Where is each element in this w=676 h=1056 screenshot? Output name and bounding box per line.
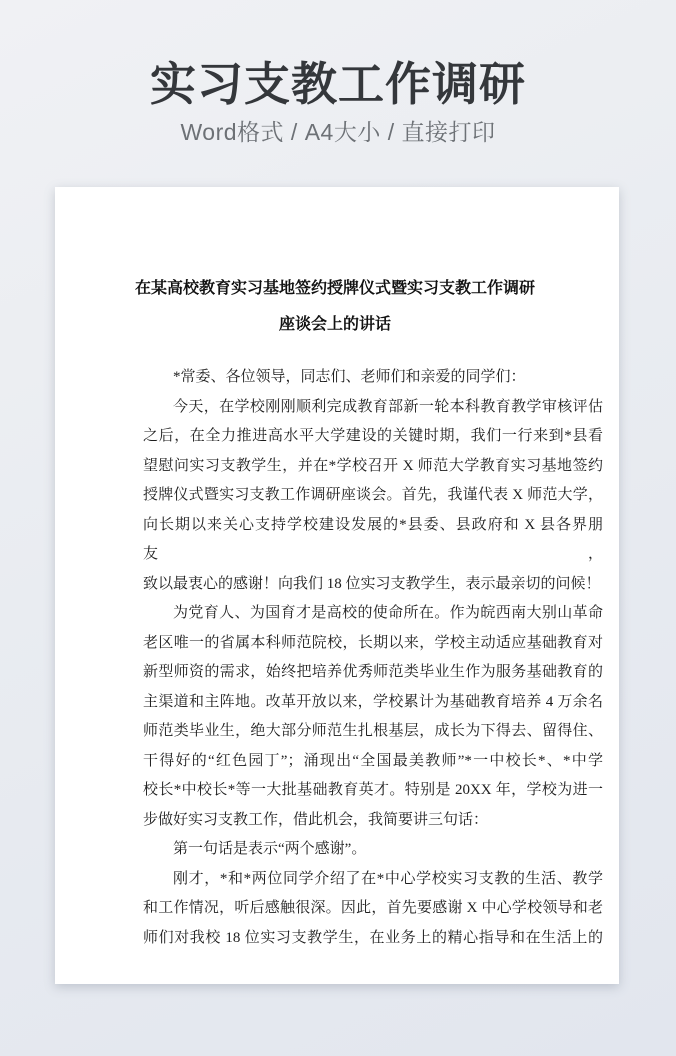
document-line: 之后，在全力推进高水平大学建设的关键时期，我们一行来到*县看: [143, 422, 603, 452]
document-line: 校长*中校长*等一大批基础教育英才。特别是 20XX 年，学校为进一: [143, 776, 603, 806]
page-title: 实习支教工作调研: [0, 56, 676, 112]
document-line: 主渠道和主阵地。改革开放以来，学校累计为基础教育培养 4 万余名: [143, 688, 603, 718]
document-line: 为党育人、为国育才是高校的使命所在。作为皖西南大别山革命: [143, 599, 603, 629]
header: 实习支教工作调研 Word格式 / A4大小 / 直接打印: [0, 0, 676, 148]
document-body: *常委、各位领导，同志们、老师们和亲爱的同学们：今天，在学校刚刚顺利完成教育部新…: [143, 363, 603, 953]
document-line: 刚才，*和*两位同学介绍了在*中心学校实习支教的生活、教学: [143, 865, 603, 895]
document-line: *常委、各位领导，同志们、老师们和亲爱的同学们：: [143, 363, 603, 393]
document-line: 致以最衷心的感谢！向我们 18 位实习支教学生，表示最亲切的问候！: [143, 570, 603, 600]
document-title-line: 座谈会上的讲话: [105, 307, 565, 343]
page: 实习支教工作调研 Word格式 / A4大小 / 直接打印 在某高校教育实习基地…: [0, 0, 676, 1056]
document-title: 在某高校教育实习基地签约授牌仪式暨实习支教工作调研座谈会上的讲话: [105, 271, 565, 343]
document-line: 第一句话是表示“两个感谢”。: [143, 835, 603, 865]
page-subtitle: Word格式 / A4大小 / 直接打印: [0, 116, 676, 148]
document-line: 今天，在学校刚刚顺利完成教育部新一轮本科教育教学审核评估: [143, 393, 603, 423]
document-line: 师们对我校 18 位实习支教学生，在业务上的精心指导和在生活上的: [143, 924, 603, 954]
document-line: 授牌仪式暨实习支教工作调研座谈会。首先，我谨代表 X 师范大学，: [143, 481, 603, 511]
document-line: 向长期以来关心支持学校建设发展的*县委、县政府和 X 县各界朋友，: [143, 511, 603, 570]
document-line: 师范类毕业生，绝大部分师范生扎根基层，成长为下得去、留得住、: [143, 717, 603, 747]
document-line: 老区唯一的省属本科师范院校，长期以来，学校主动适应基础教育对: [143, 629, 603, 659]
document-line: 干得好的“红色园丁”；涌现出“全国最美教师”*一中校长*、*中学: [143, 747, 603, 777]
document-line: 步做好实习支教工作，借此机会，我简要讲三句话：: [143, 806, 603, 836]
document-preview: 在某高校教育实习基地签约授牌仪式暨实习支教工作调研座谈会上的讲话 *常委、各位领…: [55, 187, 619, 984]
document-title-line: 在某高校教育实习基地签约授牌仪式暨实习支教工作调研: [105, 271, 565, 307]
document-line: 望慰问实习支教学生，并在*学校召开 X 师范大学教育实习基地签约: [143, 452, 603, 482]
document-line: 和工作情况，听后感触很深。因此，首先要感谢 X 中心学校领导和老: [143, 894, 603, 924]
document-line: 新型师资的需求，始终把培养优秀师范类毕业生作为服务基础教育的: [143, 658, 603, 688]
